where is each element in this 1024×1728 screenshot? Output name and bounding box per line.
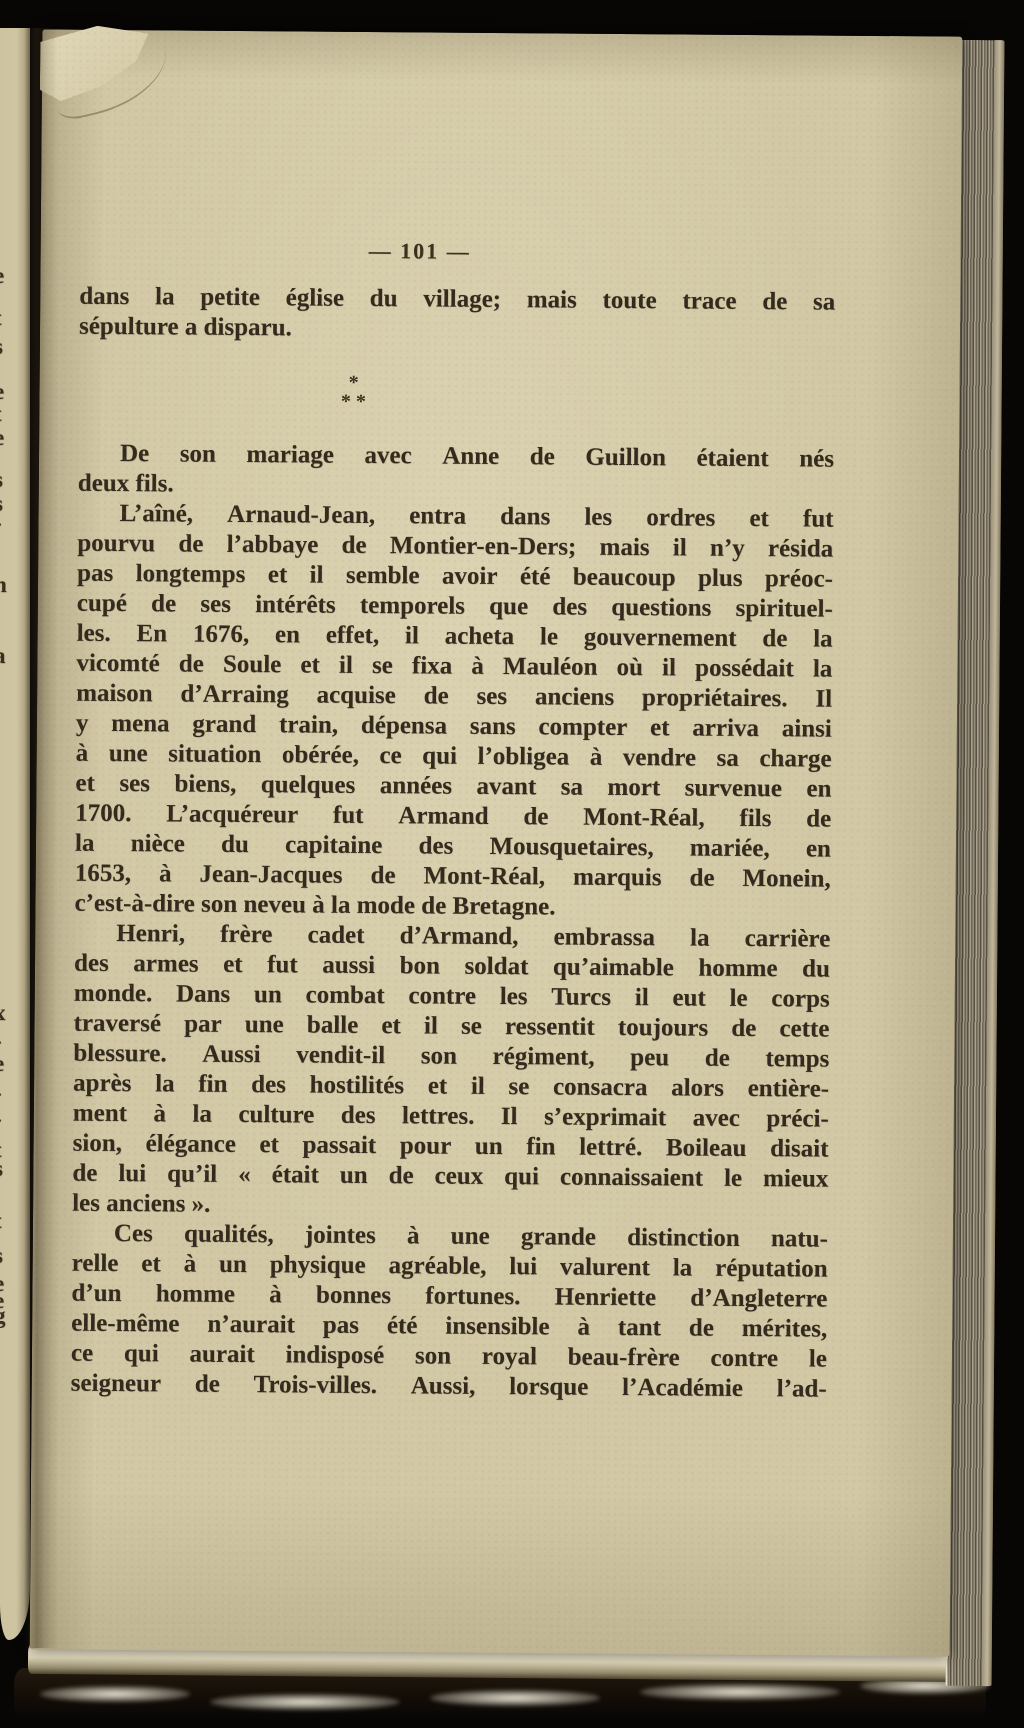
edge-fragment: .	[0, 1176, 24, 1200]
edge-fragment: x	[0, 1001, 24, 1025]
text-line: sépulture a disparu.	[79, 312, 835, 348]
deckle-tuft	[640, 1684, 840, 1700]
book-scan: etsete.ss-,na,,lx-e--ts.tseeg — 101 — da…	[0, 0, 1024, 1728]
edge-fragment: ,	[0, 905, 24, 929]
separator-asterisk-bottom: * *	[303, 392, 403, 412]
edge-fragment: -	[0, 1107, 24, 1131]
section-separator: * * *	[303, 373, 403, 412]
edge-fragment: e	[0, 264, 24, 288]
edge-fragment: ,	[0, 667, 24, 691]
text-line: 1700.L’acquéreurfutArmanddeMont-Réal,fil…	[75, 799, 831, 835]
edge-fragment: l	[0, 941, 24, 965]
edge-fragment: g	[0, 1304, 24, 1328]
edge-fragment: s	[0, 468, 24, 492]
edge-fragment: t	[0, 1209, 24, 1233]
edge-fragment: s	[0, 335, 24, 359]
text-line: paslongtempsetilsembleavoirétébeaucouppl…	[77, 559, 833, 595]
deckle-tuft	[210, 1694, 400, 1710]
edge-fragment: t	[0, 306, 24, 330]
text-line: DesonmariageavecAnnedeGuillonétaientnés	[78, 439, 834, 475]
book-page: — 101 — danslapetiteégliseduvillage;mais…	[30, 29, 963, 1656]
edge-fragment: .	[0, 443, 24, 467]
edge-fragment: e	[0, 1052, 24, 1076]
text-line: maisond’Arraingacquisedesesancienspropri…	[76, 679, 832, 715]
text-line: c’est-à-dire son neveu à la mode de Bret…	[74, 889, 830, 925]
edge-fragment: -	[0, 511, 24, 535]
edge-fragment: -	[0, 1029, 24, 1053]
edge-fragment: -	[0, 1081, 24, 1105]
facing-page-sliver: etsete.ss-,na,,lx-e--ts.tseeg	[0, 28, 30, 1640]
text-block: DesonmariageavecAnnedeGuillonétaientnésd…	[71, 439, 835, 1405]
edge-fragment: a	[0, 644, 24, 668]
text-line: traverséparuneballeetilseressentittoujou…	[73, 1009, 829, 1045]
deckle-tuft	[40, 1686, 190, 1702]
text-line: d’unhommeàbonnesfortunes.Henrietted’Angl…	[71, 1279, 827, 1315]
text-line: seigneurdeTrois-villes.Aussi,lorsquel’Ac…	[71, 1369, 827, 1405]
cover-edge	[982, 40, 1005, 1686]
intro-paragraph: danslapetiteégliseduvillage;maistoutetra…	[79, 282, 835, 348]
edge-fragment: n	[0, 573, 24, 597]
edge-fragment: t	[0, 402, 24, 426]
edge-fragment: ,	[0, 541, 24, 565]
edge-fragment: e	[0, 380, 24, 404]
deckle-tuft	[430, 1690, 600, 1706]
edge-fragment: s	[0, 1244, 24, 1268]
page-number: — 101 —	[260, 237, 580, 266]
